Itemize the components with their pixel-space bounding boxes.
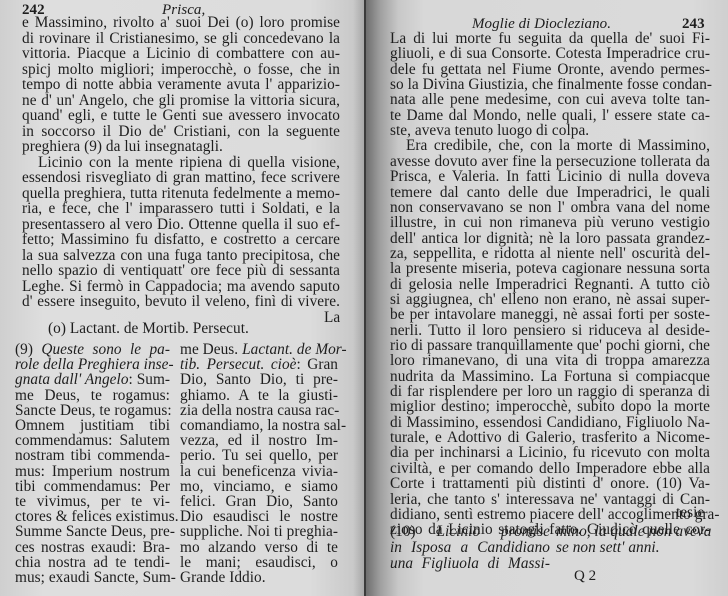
footnote-text: in Isposa a Candidiano [390, 539, 550, 556]
footnote-text: Grande Iddio. [180, 569, 266, 586]
footnote-text: una Figliuola di Massi- [390, 555, 550, 572]
footnote-line: in Isposa a Candidiano [390, 540, 550, 556]
text-line: fetto; Massimino fu disfatto, e costrett… [22, 232, 340, 248]
footnote-marker: (10) [390, 523, 436, 540]
text-line: nata alle pene medesime, con cui aveva t… [390, 92, 710, 108]
footnote-line: se non sett' anni. [556, 540, 660, 556]
book-spread: 242 Prisca, e Massimino, rivolto a' suoi… [0, 0, 728, 596]
text-line: ria, e fece, che l' imparassero tutti i … [22, 201, 340, 217]
footnote-text: mino, la quale non aveva [556, 523, 711, 540]
catchword: tesie [676, 505, 704, 521]
footnote-text: (o) Lactant. de Mortib. Persecut. [48, 320, 249, 337]
text-line: essendosi risvegliato di gran mattino, f… [22, 170, 340, 186]
footnote-line: mus; exaudi Sancte, Sum- [15, 570, 176, 586]
text-line: illustre, in cui non rimaneva più veruno… [390, 215, 710, 231]
text-line: miglior destino; imperocchè, subito dopo… [390, 399, 710, 415]
footnote-o: (o) Lactant. de Mortib. Persecut. [48, 321, 249, 337]
catchword: La [324, 310, 340, 326]
footnote-text: mus; exaudi Sancte, Sum- [15, 569, 176, 586]
text-line: gliuoli, e di sua Consorte. Cotesta Impe… [390, 46, 710, 62]
text-line: la presente miseria, poteva cagionare ne… [390, 261, 710, 277]
text-line: vittoria. Piacque a Licinio di combatter… [22, 46, 340, 62]
footnote-text: se non sett' anni. [556, 539, 660, 556]
right-page: Moglie di Diocleziano. 243 La di lui mor… [364, 0, 728, 596]
text-line: d' essere inseguito, bevuto il veleno, f… [22, 294, 340, 310]
footnote-line: una Figliuola di Massi- [390, 556, 550, 572]
text-line: tempo di notte abbia veramente avuta l' … [22, 77, 340, 93]
text-line: Corte i trattamenti più distinti d' onor… [390, 476, 710, 492]
text-line: nello spazio di ventiquatt' ore fece più… [22, 263, 340, 279]
text-line: Prisca, e Valeria. In fatti Licinio di n… [390, 169, 710, 185]
text-line: loro rimanevano, di una vita di troppa a… [390, 353, 710, 369]
signature-mark: Q 2 [574, 568, 596, 584]
text-line: quand' egli, e tutte le Genti sue avesse… [22, 108, 340, 124]
text-line: be per intavolare maneggi, nè assai fort… [390, 307, 710, 323]
footnote-line: Grande Iddio. [180, 570, 266, 586]
left-page: 242 Prisca, e Massimino, rivolto a' suoi… [0, 0, 364, 596]
text-line: e Massimino, rivolto a' suoi Dei (o) lor… [22, 15, 340, 31]
text-line: preghiera (9) da lui insegnatagli. [22, 139, 223, 155]
footnote-line: mino, la quale non aveva [556, 524, 711, 540]
footnote-line: (10) Licinio promise [390, 524, 550, 540]
footnote-text: Licinio promise [436, 523, 550, 540]
